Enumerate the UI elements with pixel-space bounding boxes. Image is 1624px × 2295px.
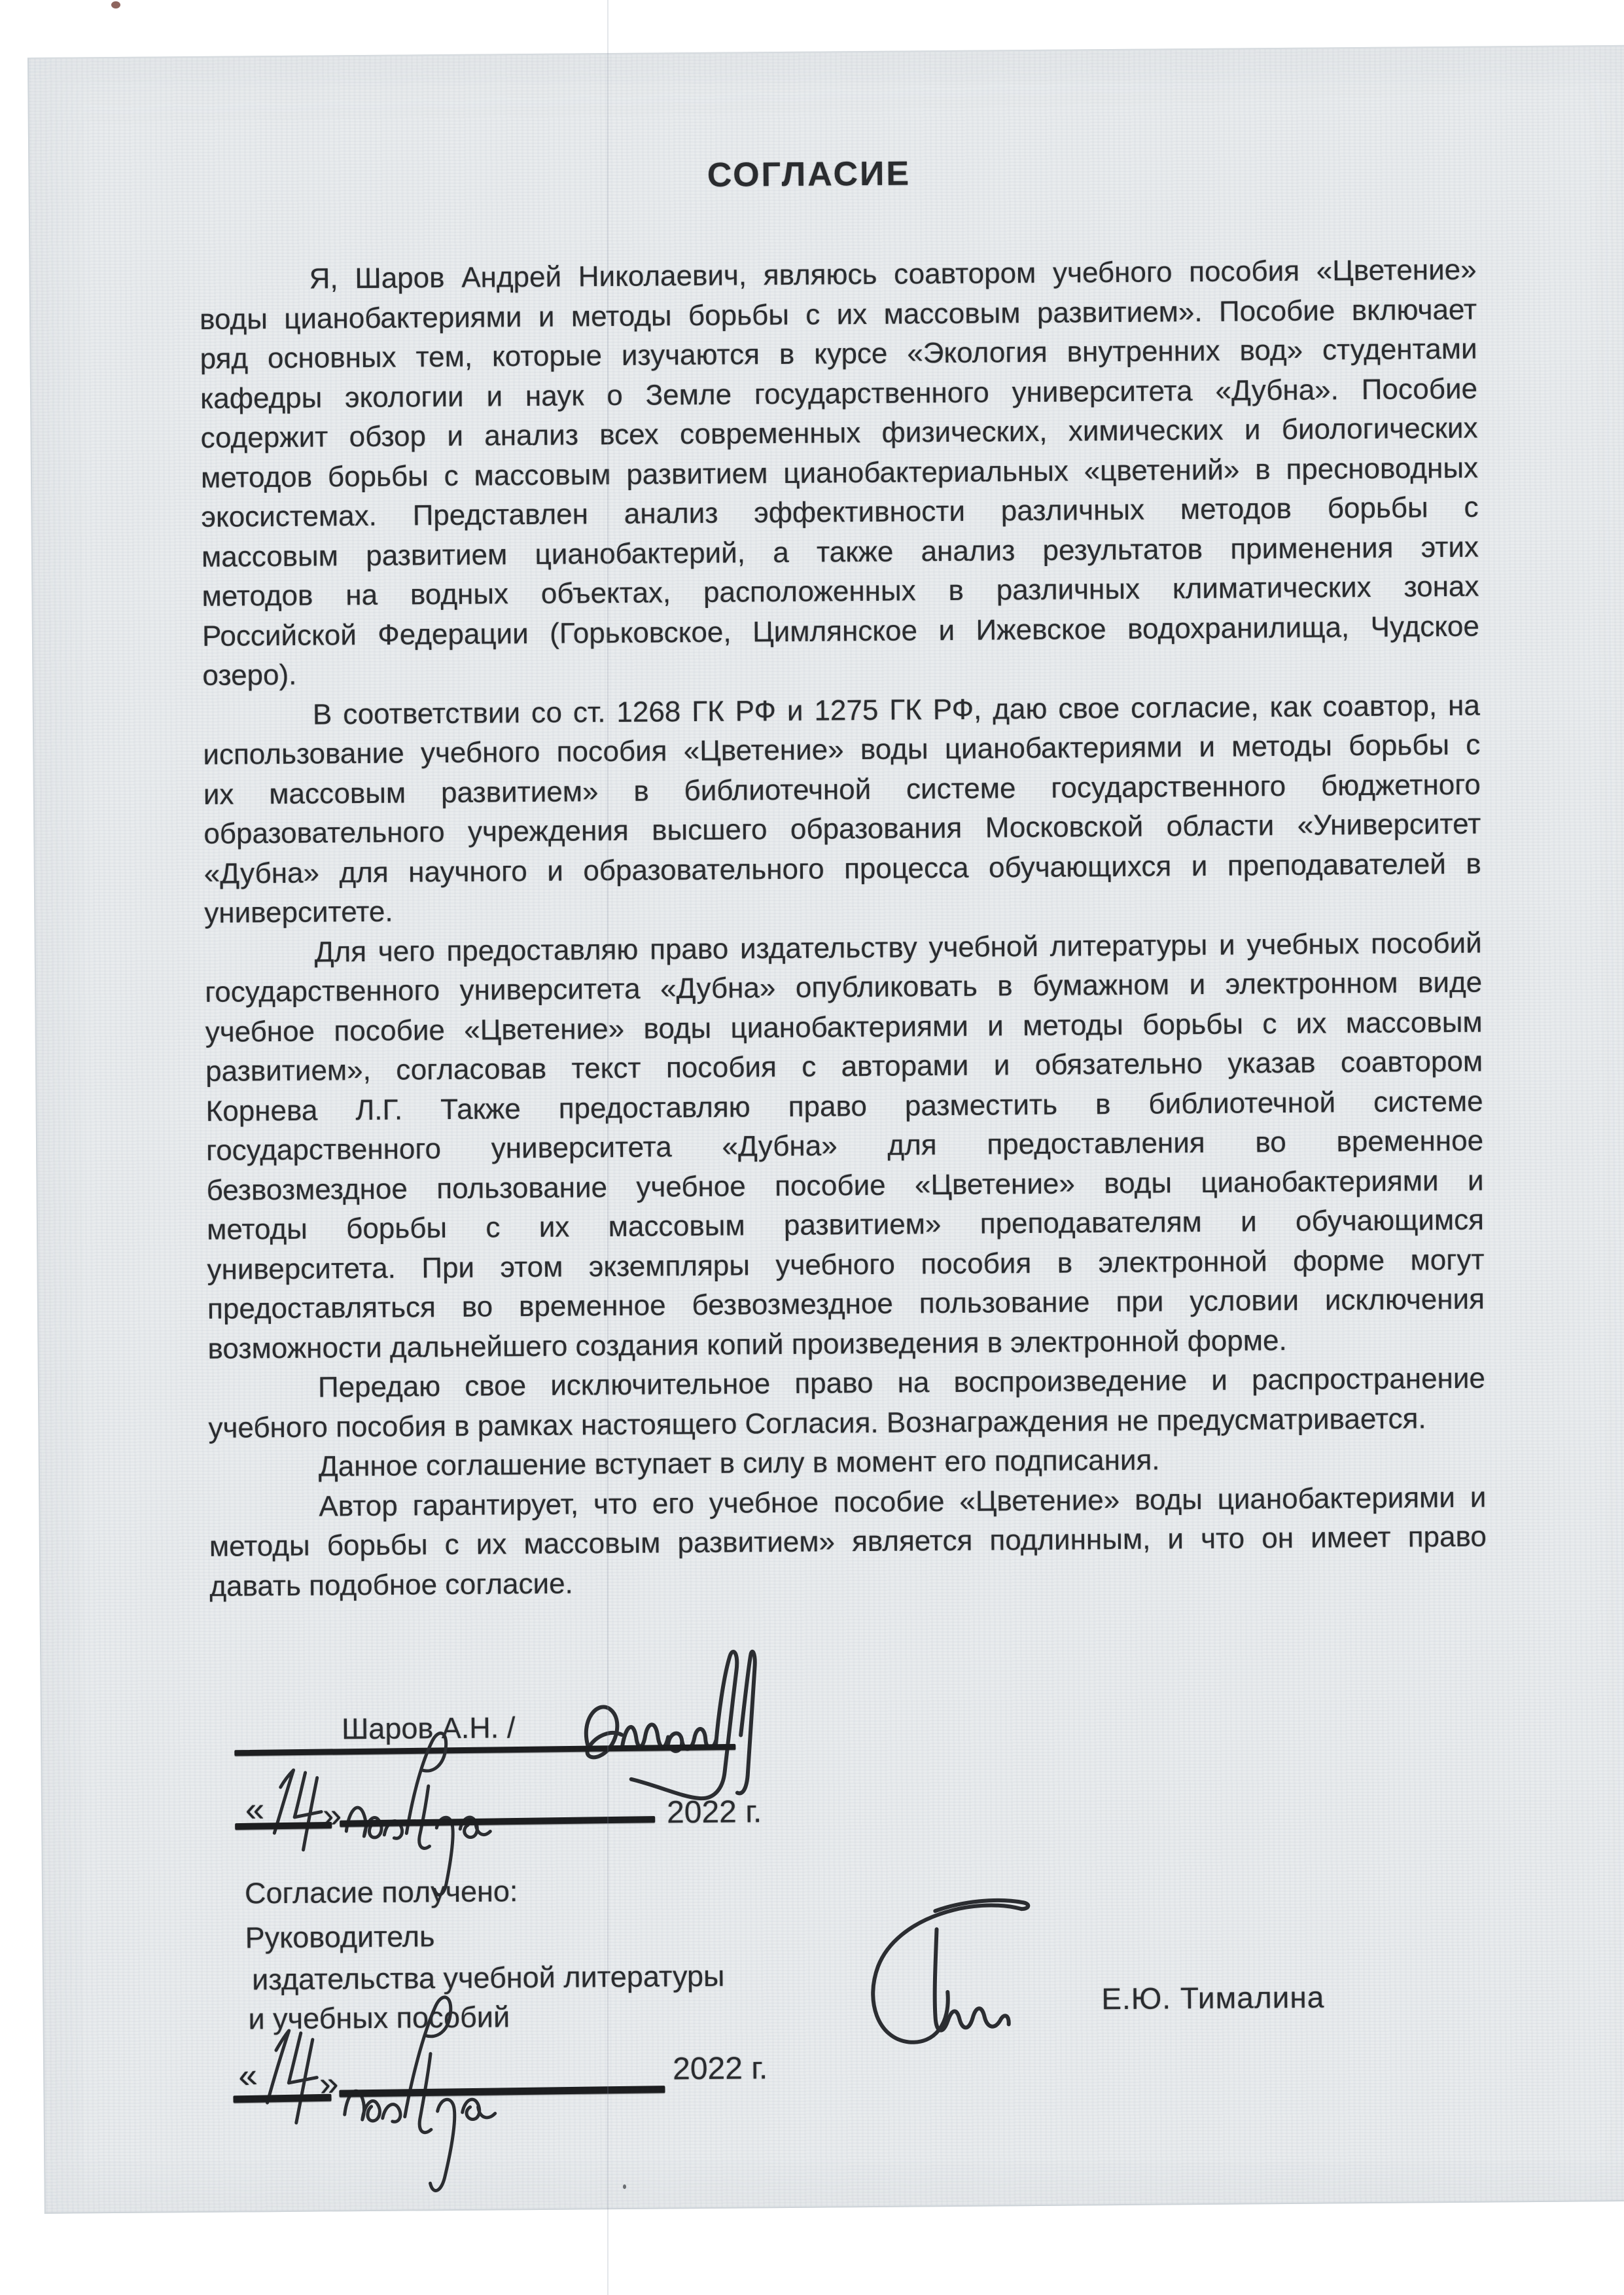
document-body: Я, Шаров Андрей Николаевич, являюсь соав…	[199, 251, 1487, 1607]
scan-page: СОГЛАСИЕ Я, Шаров Андрей Николаевич, явл…	[0, 0, 1624, 2295]
approval-role-line-1: Руководитель	[245, 1919, 434, 1955]
author-date-year: 2022 г.	[667, 1794, 762, 1830]
approval-date-month-handwritten	[336, 1987, 691, 2209]
author-date-day-handwritten	[263, 1760, 326, 1862]
paragraph: В соответствии со ст. 1268 ГК РФ и 1275 …	[203, 686, 1482, 933]
paragraph: Для чего предоставляю право издательству…	[205, 923, 1485, 1369]
paragraph: Передаю свое исключительное право на вос…	[208, 1359, 1486, 1448]
paragraph: Автор гарантирует, что его учебное пособ…	[209, 1478, 1487, 1607]
scan-artifact-speck-bottom	[623, 2184, 626, 2189]
approval-date-quote-open: «	[237, 2055, 258, 2096]
document-paper: СОГЛАСИЕ Я, Шаров Андрей Николаевич, явл…	[27, 44, 1624, 2214]
approver-name: Е.Ю. Тималина	[1101, 1980, 1324, 2017]
approval-date-day-handwritten	[258, 2021, 324, 2133]
document-title: СОГЛАСИЕ	[171, 150, 1447, 199]
paragraph: Я, Шаров Андрей Николаевич, являюсь соав…	[199, 251, 1479, 696]
scan-artifact-vertical-line	[607, 0, 609, 2295]
scan-artifact-speck-top	[111, 1, 120, 9]
approval-received-label: Согласие получено:	[245, 1874, 518, 1910]
approver-signature	[837, 1888, 1054, 2057]
approval-date-year: 2022 г.	[673, 2050, 768, 2087]
